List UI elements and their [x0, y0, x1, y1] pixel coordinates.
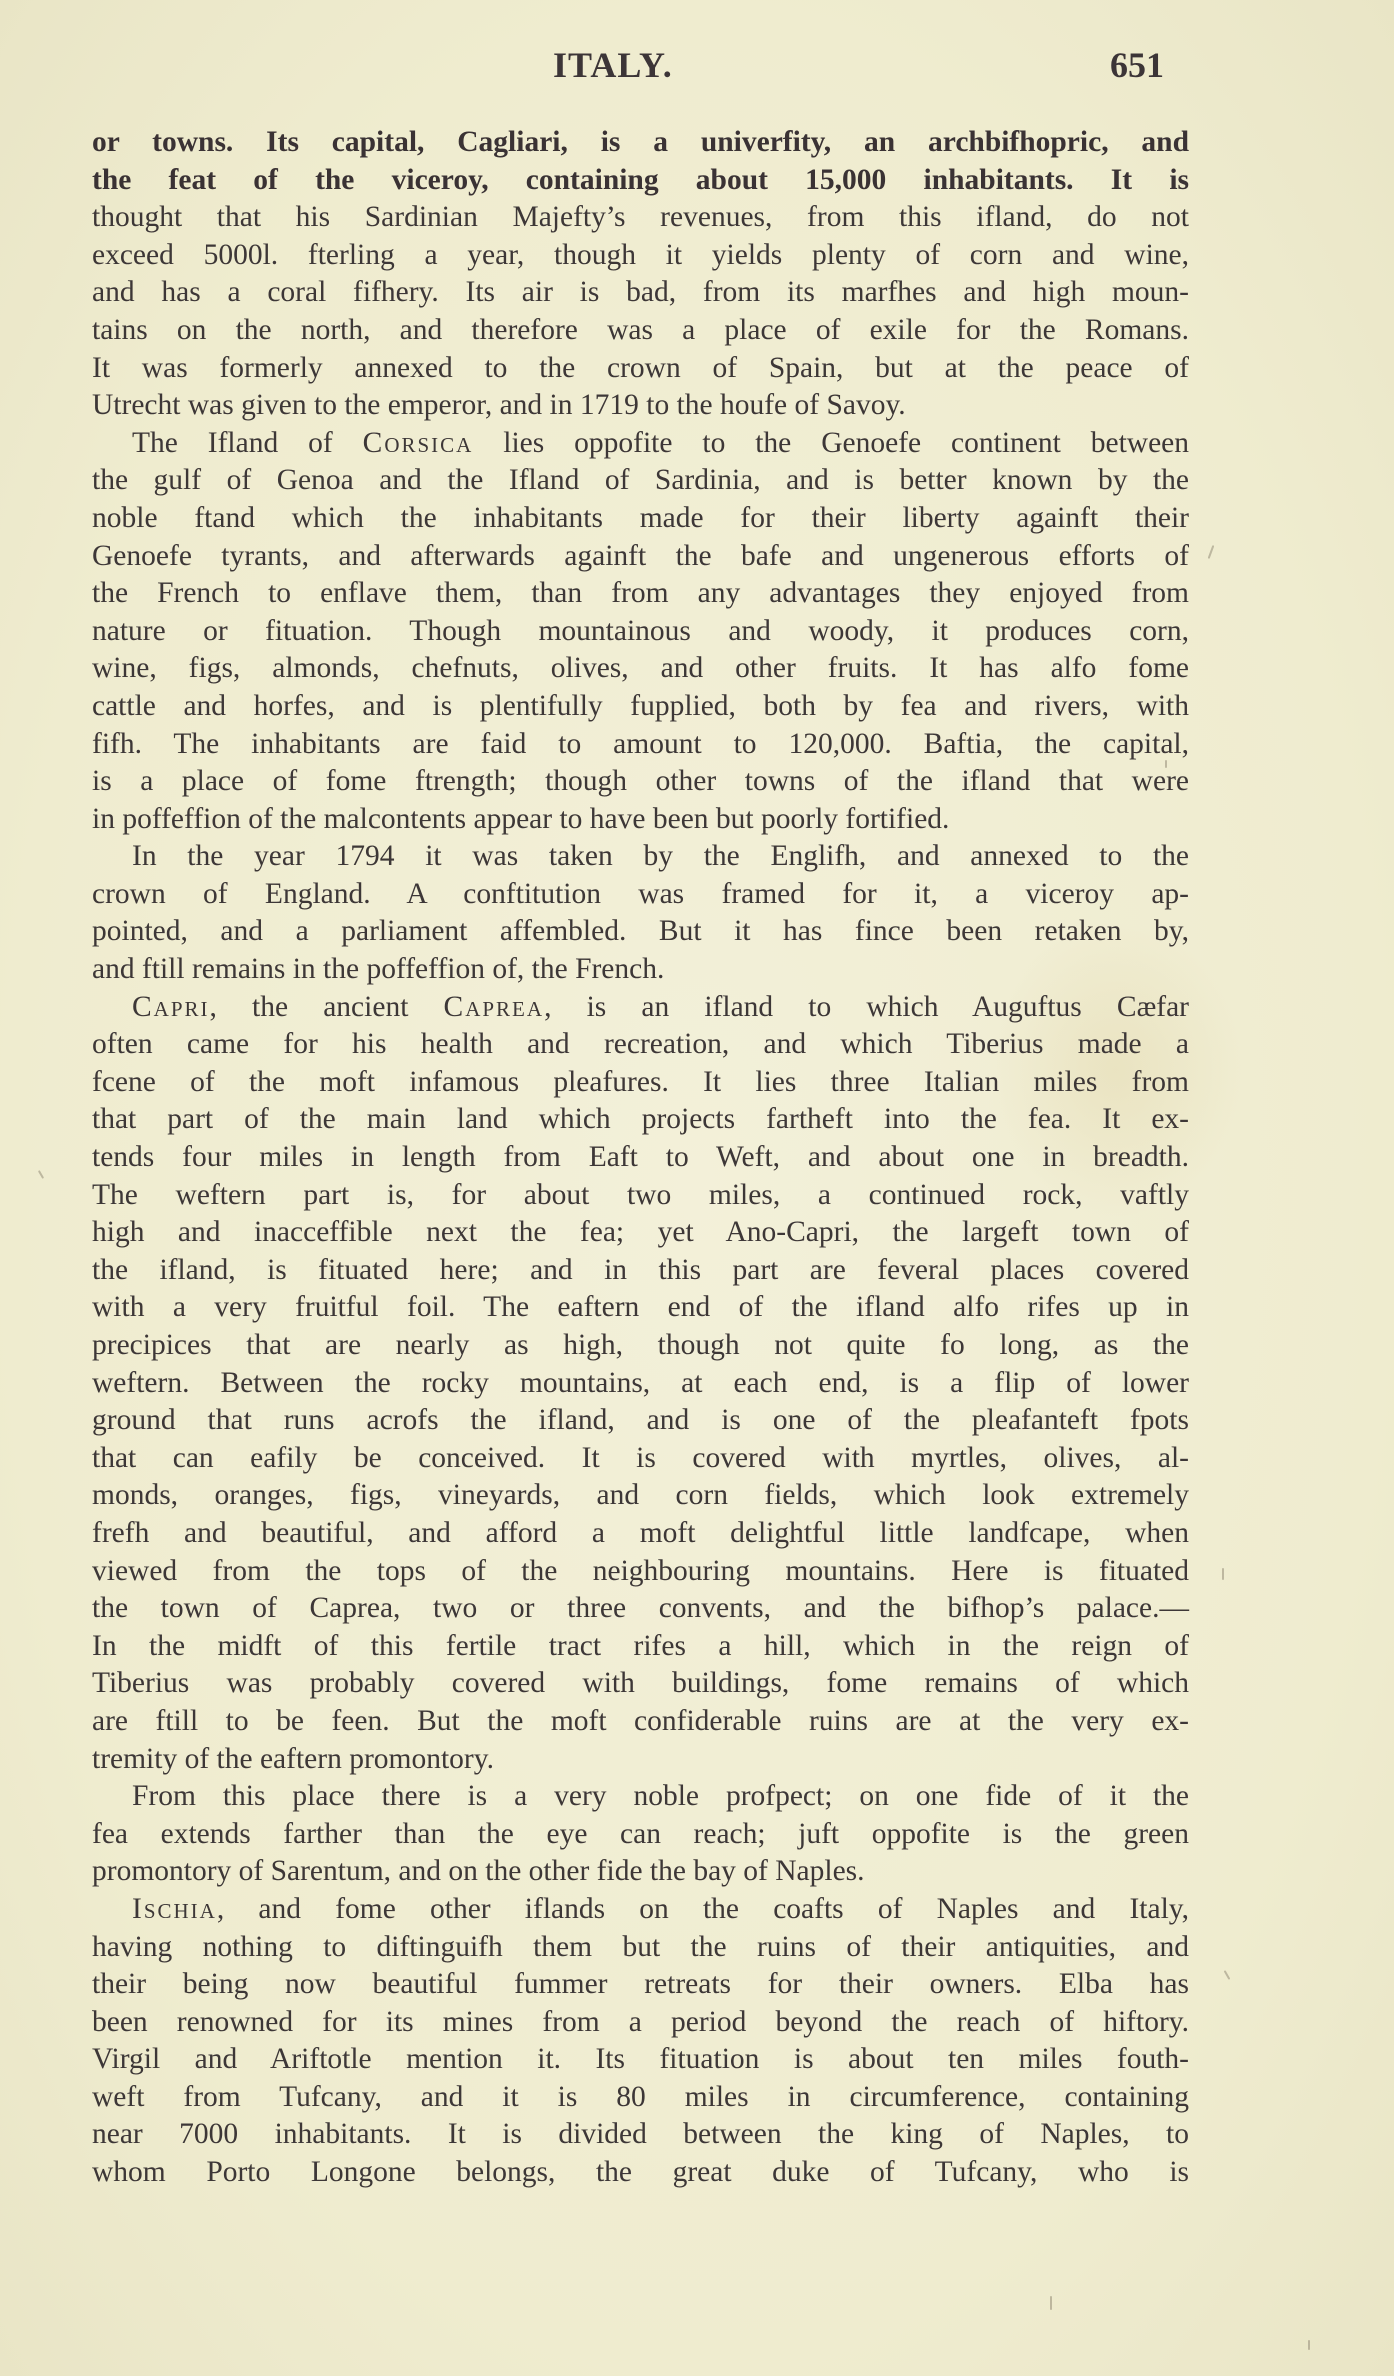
place-name-smallcaps: Ischia — [132, 1893, 217, 1925]
text-line: promontory of Sarentum, and on the other… — [92, 1853, 1189, 1891]
text-line: with a very fruitful foil. The eaftern e… — [92, 1289, 1189, 1327]
text-line: is a place of fome ftrength; though othe… — [92, 763, 1189, 801]
text-run: The Ifland of — [132, 427, 363, 459]
text-line: fcene of the moft infamous pleafures. It… — [92, 1064, 1189, 1102]
text-line: near 7000 inhabitants. It is divided bet… — [92, 2116, 1189, 2154]
text-line: tends four miles in length from Eaft to … — [92, 1139, 1189, 1177]
speck — [1208, 545, 1215, 559]
text-line: exceed 5000l. fterling a year, though it… — [92, 237, 1189, 275]
text-line: in poffeffion of the malcontents appear … — [92, 801, 1189, 839]
speck — [1308, 2340, 1310, 2350]
speck — [1165, 760, 1167, 768]
speck — [38, 1170, 44, 1179]
text-line: weftern. Between the rocky mountains, at… — [92, 1365, 1189, 1403]
text-line: high and inacceffible next the fea; yet … — [92, 1214, 1189, 1252]
text-line: that part of the main land which project… — [92, 1101, 1189, 1139]
place-name-smallcaps: Corsica — [363, 427, 474, 459]
text-line: and ftill remains in the poffeffion of, … — [92, 951, 1189, 989]
running-head: ITALY. 651 — [0, 44, 1394, 94]
text-line: Genoefe tyrants, and afterwards againft … — [92, 538, 1189, 576]
paragraph-corsica-1794: In the year 1794 it was taken by the Eng… — [92, 838, 1189, 988]
text-line: thought that his Sardinian Majefty’s rev… — [92, 199, 1189, 237]
body-text: or towns. Its capital, Cagliari, is a un… — [92, 124, 1189, 2192]
text-line: Tiberius was probably covered with build… — [92, 1665, 1189, 1703]
text-line: cattle and horfes, and is plentifully fu… — [92, 688, 1189, 726]
text-line: It was formerly annexed to the crown of … — [92, 350, 1189, 388]
text-run: , and fome other iflands on the coafts o… — [217, 1893, 1189, 1925]
text-line: tremity of the eaftern promontory. — [92, 1741, 1189, 1779]
text-line: The weftern part is, for about two miles… — [92, 1177, 1189, 1215]
text-line: ground that runs acrofs the ifland, and … — [92, 1402, 1189, 1440]
text-line: their being now beautiful fummer retreat… — [92, 1966, 1189, 2004]
text-line: monds, oranges, figs, vineyards, and cor… — [92, 1477, 1189, 1515]
text-line: are ftill to be feen. But the moft confi… — [92, 1703, 1189, 1741]
text-run: , the ancient — [210, 991, 444, 1023]
speck — [1222, 1568, 1224, 1580]
text-line: Virgil and Ariftotle mention it. Its fit… — [92, 2041, 1189, 2079]
text-line: pointed, and a parliament affembled. But… — [92, 913, 1189, 951]
text-line: From this place there is a very noble pr… — [92, 1778, 1189, 1816]
text-line: frefh and beautiful, and afford a moft d… — [92, 1515, 1189, 1553]
running-title: ITALY. — [553, 44, 673, 86]
text-line: Utrecht was given to the emperor, and in… — [92, 387, 1189, 425]
text-line: having nothing to diftinguifh them but t… — [92, 1929, 1189, 1967]
text-line: fifh. The inhabitants are faid to amount… — [92, 726, 1189, 764]
paragraph-sardinia: or towns. Its capital, Cagliari, is a un… — [92, 124, 1189, 425]
text-line: wine, figs, almonds, chefnuts, olives, a… — [92, 650, 1189, 688]
text-line: Capri, the ancient Caprea, is an ifland … — [92, 989, 1189, 1027]
text-line: the French to enflave them, than from an… — [92, 575, 1189, 613]
text-run: , is an ifland to which Auguftus Cæfar — [544, 991, 1189, 1023]
text-line: the town of Caprea, two or three convent… — [92, 1590, 1189, 1628]
speck — [1224, 1970, 1231, 1980]
text-line: Ischia, and fome other iflands on the co… — [92, 1891, 1189, 1929]
text-line: In the midft of this fertile tract rifes… — [92, 1628, 1189, 1666]
text-line: nature or fituation. Though mountainous … — [92, 613, 1189, 651]
text-line: whom Porto Longone belongs, the great du… — [92, 2154, 1189, 2192]
paragraph-corsica: The Ifland of Corsica lies oppofite to t… — [92, 425, 1189, 839]
text-line: fea extends farther than the eye can rea… — [92, 1816, 1189, 1854]
place-name-smallcaps: Capri — [132, 991, 210, 1023]
paragraph-ischia-elba: Ischia, and fome other iflands on the co… — [92, 1891, 1189, 2192]
text-line: The Ifland of Corsica lies oppofite to t… — [92, 425, 1189, 463]
text-line: noble ftand which the inhabitants made f… — [92, 500, 1189, 538]
paragraph-prospect: From this place there is a very noble pr… — [92, 1778, 1189, 1891]
text-line: weft from Tufcany, and it is 80 miles in… — [92, 2079, 1189, 2117]
text-line: the feat of the viceroy, containing abou… — [92, 162, 1189, 200]
text-run: lies oppofite to the Genoefe continent b… — [473, 427, 1189, 459]
speck — [1050, 2296, 1052, 2310]
place-name-smallcaps: Caprea — [444, 991, 545, 1023]
book-page: ITALY. 651 or towns. Its capital, Caglia… — [0, 0, 1394, 2376]
text-line: the ifland, is fituated here; and in thi… — [92, 1252, 1189, 1290]
text-line: viewed from the tops of the neighbouring… — [92, 1553, 1189, 1591]
text-line: and has a coral fifhery. Its air is bad,… — [92, 274, 1189, 312]
text-line: crown of England. A conftitution was fra… — [92, 876, 1189, 914]
text-line: tains on the north, and therefore was a … — [92, 312, 1189, 350]
text-line: often came for his health and recreation… — [92, 1026, 1189, 1064]
text-line: that can eafily be conceived. It is cove… — [92, 1440, 1189, 1478]
text-line: precipices that are nearly as high, thou… — [92, 1327, 1189, 1365]
text-line: In the year 1794 it was taken by the Eng… — [92, 838, 1189, 876]
page-number: 651 — [1110, 44, 1164, 86]
text-line: or towns. Its capital, Cagliari, is a un… — [92, 124, 1189, 162]
text-line: the gulf of Genoa and the Ifland of Sard… — [92, 462, 1189, 500]
paragraph-capri: Capri, the ancient Caprea, is an ifland … — [92, 989, 1189, 1778]
text-line: been renowned for its mines from a perio… — [92, 2004, 1189, 2042]
